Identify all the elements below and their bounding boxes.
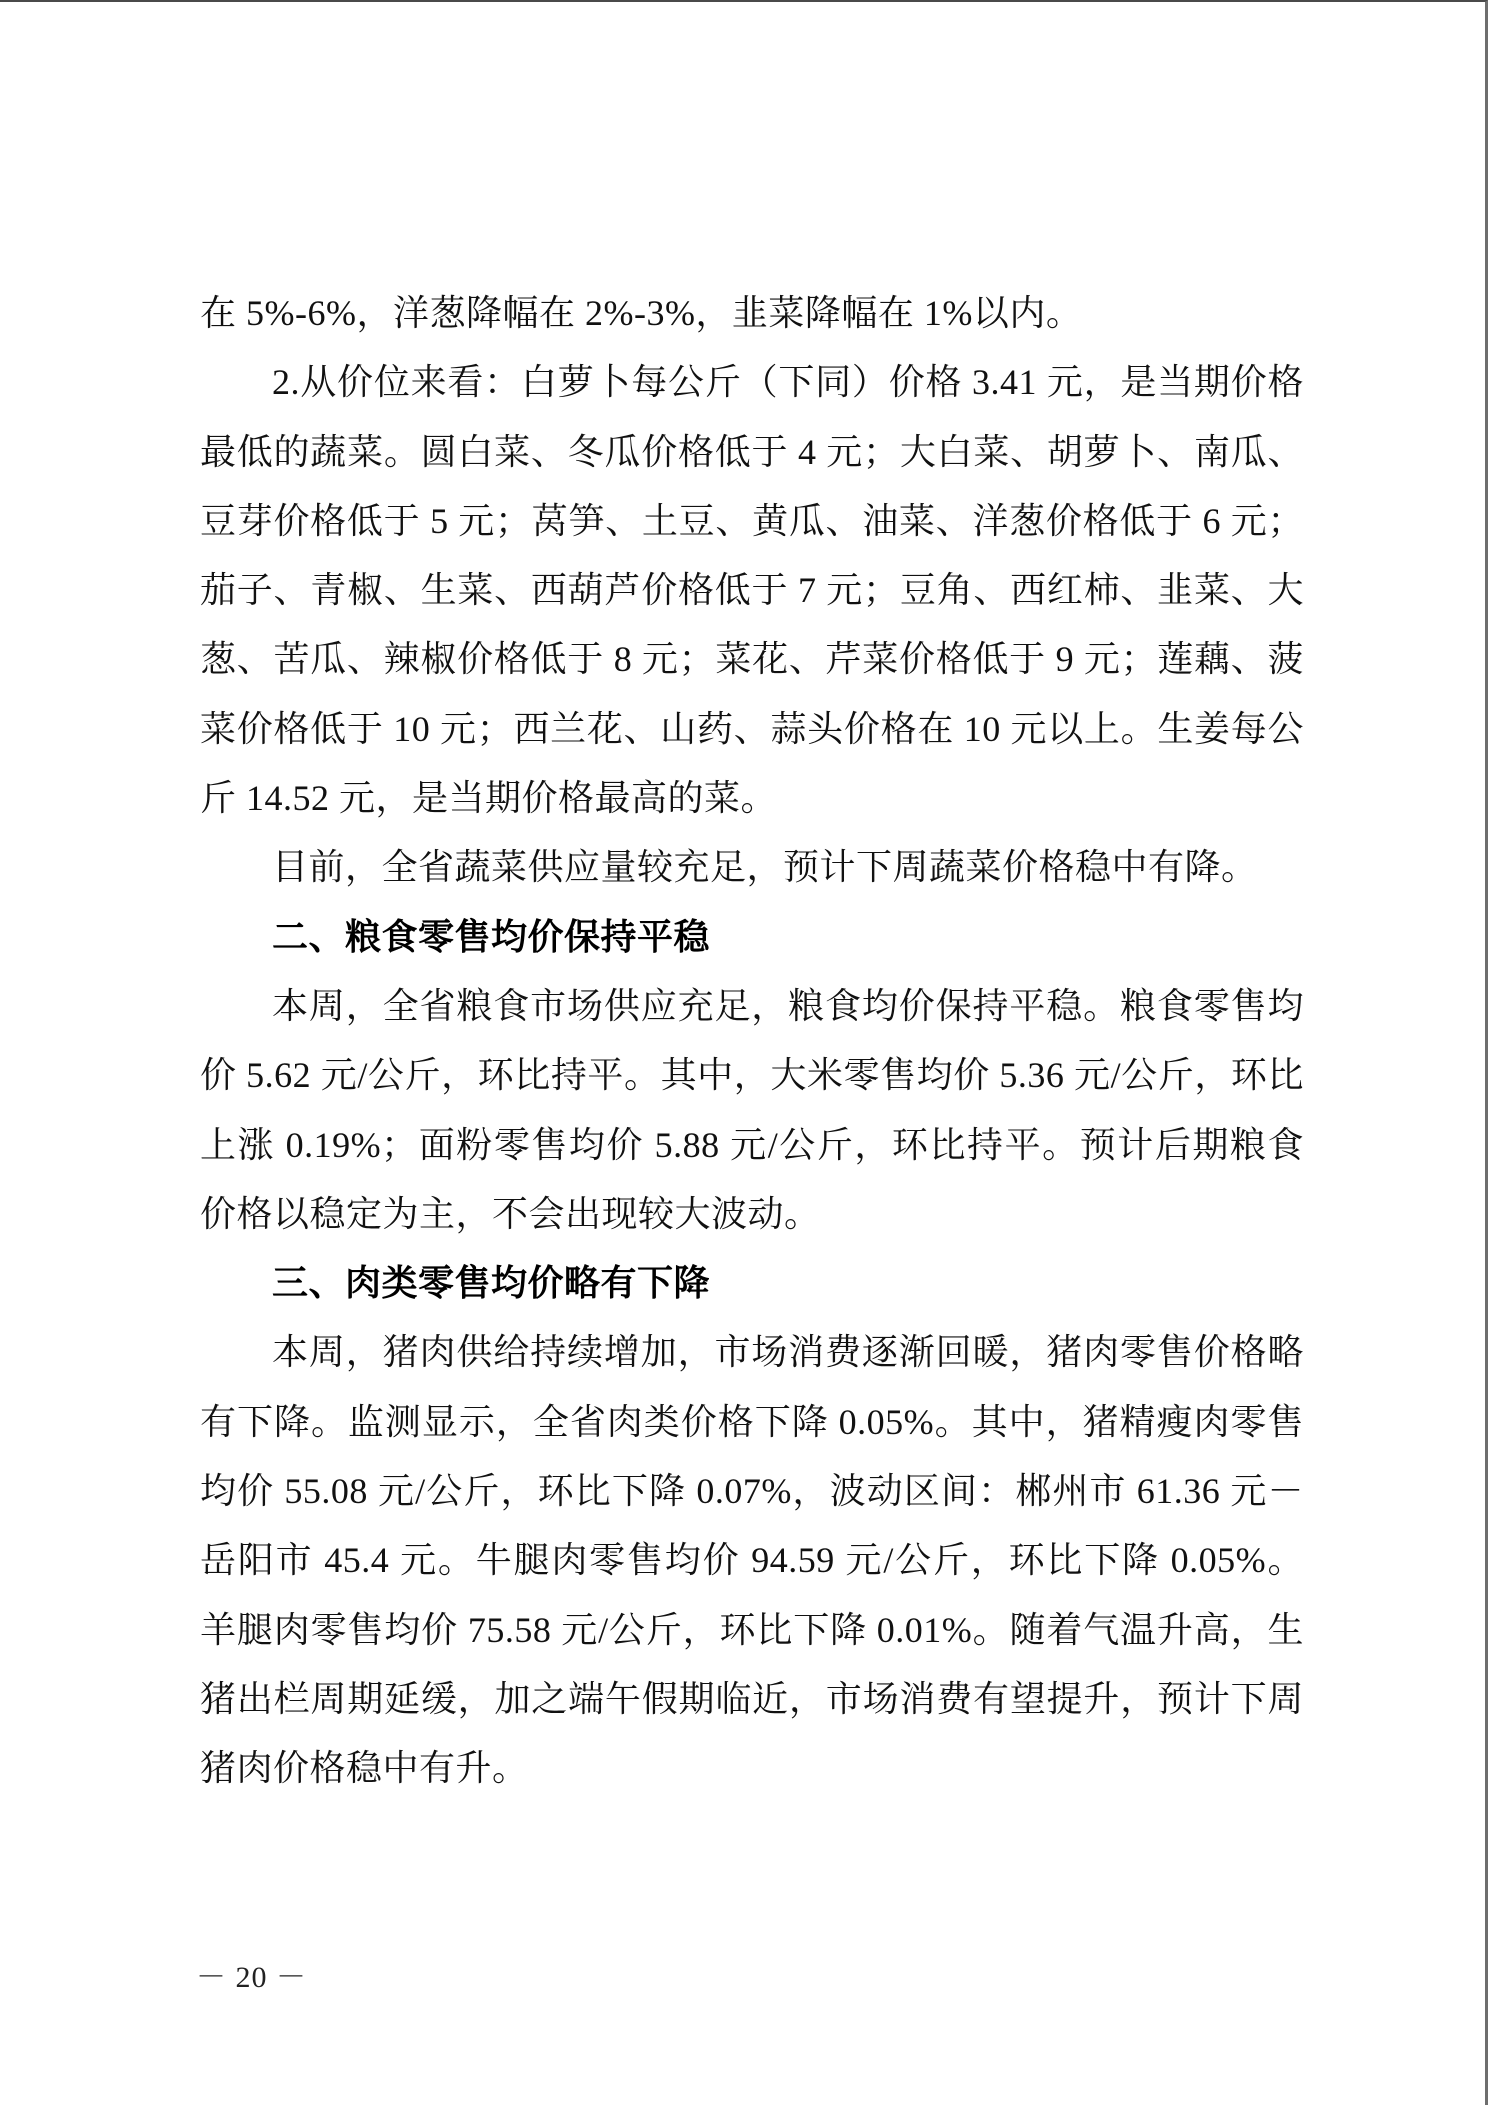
- page-number: － 20 －: [196, 1952, 307, 1996]
- paragraph-vegetable-decline-continued: 在 5%-6%，洋葱降幅在 2%-3%，韭菜降幅在 1%以内。: [200, 279, 1304, 348]
- section-heading-meat: 三、肉类零售均价略有下降: [200, 1249, 1304, 1318]
- section-heading-grain: 二、粮食零售均价保持平稳: [200, 903, 1304, 972]
- paragraph-vegetable-price-levels: 2.从价位来看：白萝卜每公斤（下同）价格 3.41 元，是当期价格最低的蔬菜。圆…: [200, 348, 1304, 833]
- document-page: 在 5%-6%，洋葱降幅在 2%-3%，韭菜降幅在 1%以内。 2.从价位来看：…: [0, 2, 1485, 2105]
- paragraph-meat-prices: 本周，猪肉供给持续增加，市场消费逐渐回暖，猪肉零售价格略有下降。监测显示，全省肉…: [200, 1318, 1304, 1803]
- paragraph-vegetable-outlook: 目前，全省蔬菜供应量较充足，预计下周蔬菜价格稳中有降。: [200, 833, 1304, 902]
- paragraph-grain-prices: 本周，全省粮食市场供应充足，粮食均价保持平稳。粮食零售均价 5.62 元/公斤，…: [200, 972, 1304, 1249]
- document-body: 在 5%-6%，洋葱降幅在 2%-3%，韭菜降幅在 1%以内。 2.从价位来看：…: [200, 279, 1304, 1804]
